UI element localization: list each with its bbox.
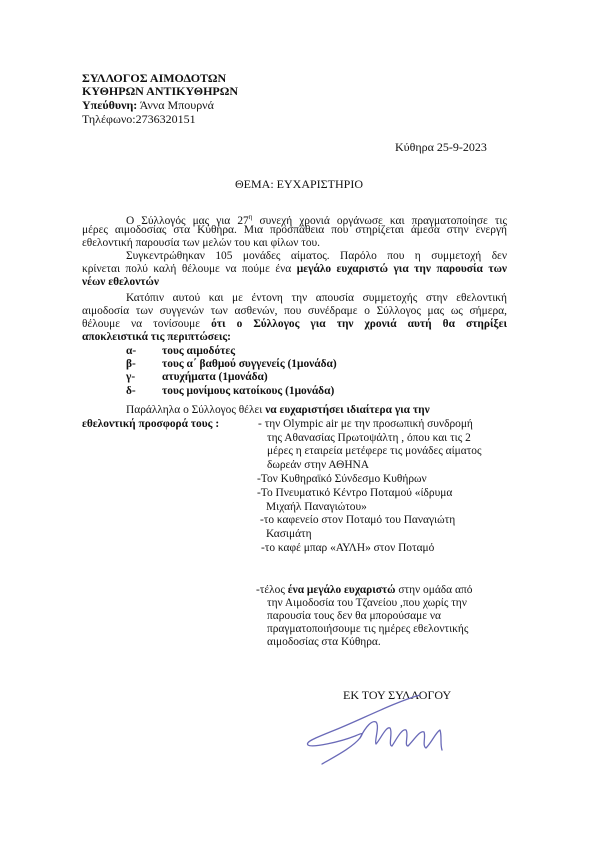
responsible-label: Υπεύθυνη: [82, 98, 137, 112]
text-line: μέρες αιμοδοσίας στα Κύθηρα. Μια προσπάθ… [82, 224, 507, 237]
text-span: θέλουμε να τονίσουμε [82, 318, 211, 330]
text-line: -το καφενείο στον Ποταμό του Παναγιώτη [260, 514, 455, 527]
text-line: κρίνεται πολύ καλή θέλουμε να πούμε ένα … [82, 263, 507, 276]
case-marker: α- [126, 345, 136, 358]
responsible-person: Υπεύθυνη: Άννα Μπουρνά [82, 99, 214, 112]
text-line: αιμοδοσία των συγγενών των ασθενών, που … [82, 305, 507, 318]
text-line: Κατόπιν αυτού και με έντονη την απουσία … [126, 292, 507, 305]
text-line: θέλουμε να τονίσουμε ότι ο Σύλλογος για … [82, 318, 507, 331]
case-marker: γ- [126, 371, 135, 384]
phone-number: Τηλέφωνο:2736320151 [82, 113, 196, 126]
case-marker: β- [126, 358, 136, 371]
text-span: στην ομάδα από [396, 584, 473, 596]
text-line: Κασιμάτη [266, 528, 312, 541]
text-line: της Αθανασίας Πρωτοψάλτη , όπου και τις … [267, 432, 471, 445]
text-line: νέων εθελοντών [82, 276, 159, 289]
emphasis-text: μεγάλο ευχαριστώ για την παρουσία των [297, 263, 507, 275]
case-item: τους α΄ βαθμού συγγενείς (1μονάδα) [162, 358, 337, 371]
text-line: πραγματοποιήσουμε τις ημέρες εθελοντικής [267, 623, 468, 636]
text-line: αιμοδοσίας στα Κύθηρα. [267, 636, 381, 649]
text-line: την Αιμοδοσία του Τζανείου ,που χωρίς τη… [267, 597, 467, 610]
emphasis-text: να ευχαριστήσει ιδιαίτερα για την [265, 404, 430, 416]
letter-date: Κύθηρα 25-9-2023 [395, 140, 487, 155]
text-span: -τέλος [256, 584, 288, 596]
text-line: -Το Πνευματικό Κέντρο Ποταμού «ίδρυμα [257, 487, 452, 500]
text-line: εθελοντική παρουσία των μελών του και φί… [82, 237, 320, 250]
case-marker: δ- [126, 385, 136, 398]
text-line: Μιχαήλ Παναγιώτου» [266, 501, 367, 514]
text-line: Παράλληλα ο Σύλλογος θέλει να ευχαριστήσ… [126, 404, 430, 417]
text-line: εθελοντική προσφορά τους : [82, 418, 219, 431]
emphasis-text: ότι ο Σύλλογος για την χρονιά αυτή θα στ… [211, 318, 507, 330]
case-item: ατυχήματα (1μονάδα) [162, 371, 268, 384]
text-line: παρουσία τους δεν θα μπορούσαμε να [267, 610, 441, 623]
case-item: τους μονίμους κατοίκους (1μονάδα) [162, 385, 334, 398]
text-line: -το καφέ μπαρ «ΑΥΛΗ» στον Ποταμό [261, 542, 434, 555]
text-span: κρίνεται πολύ καλή θέλουμε να πούμε ένα [82, 263, 297, 275]
text-line: μέρες η εταιρεία μετέφερε τις μονάδες αί… [267, 445, 482, 458]
responsible-name: Άννα Μπουρνά [137, 98, 214, 112]
case-item: τους αιμοδότες [162, 345, 235, 358]
emphasis-text: ένα μεγάλο ευχαριστώ [288, 584, 396, 596]
text-line: - την Olympic air με την προσωπική συνδρ… [258, 418, 473, 431]
text-line: -τέλος ένα μεγάλο ευχαριστώ στην ομάδα α… [256, 584, 472, 597]
text-line: δωρεάν στην ΑΘΗΝΑ [267, 459, 369, 472]
handwritten-signature-icon [300, 690, 480, 770]
text-line: -Τον Κυθηραϊκό Σύνδεσμο Κυθήρων [257, 473, 427, 486]
text-line: αποκλειστικά τις περιπτώσεις: [82, 331, 231, 344]
letter-subject: ΘΕΜΑ: ΕΥΧΑΡΙΣΤΗΡΙΟ [235, 177, 363, 192]
text-line: Συγκεντρώθηκαν 105 μονάδες αίματος. Παρό… [126, 250, 507, 263]
text-span: Παράλληλα ο Σύλλογος θέλει [126, 404, 265, 416]
org-name-line2: ΚΥΘΗΡΩΝ ΑΝΤΙΚΥΘΗΡΩΝ [82, 85, 238, 98]
